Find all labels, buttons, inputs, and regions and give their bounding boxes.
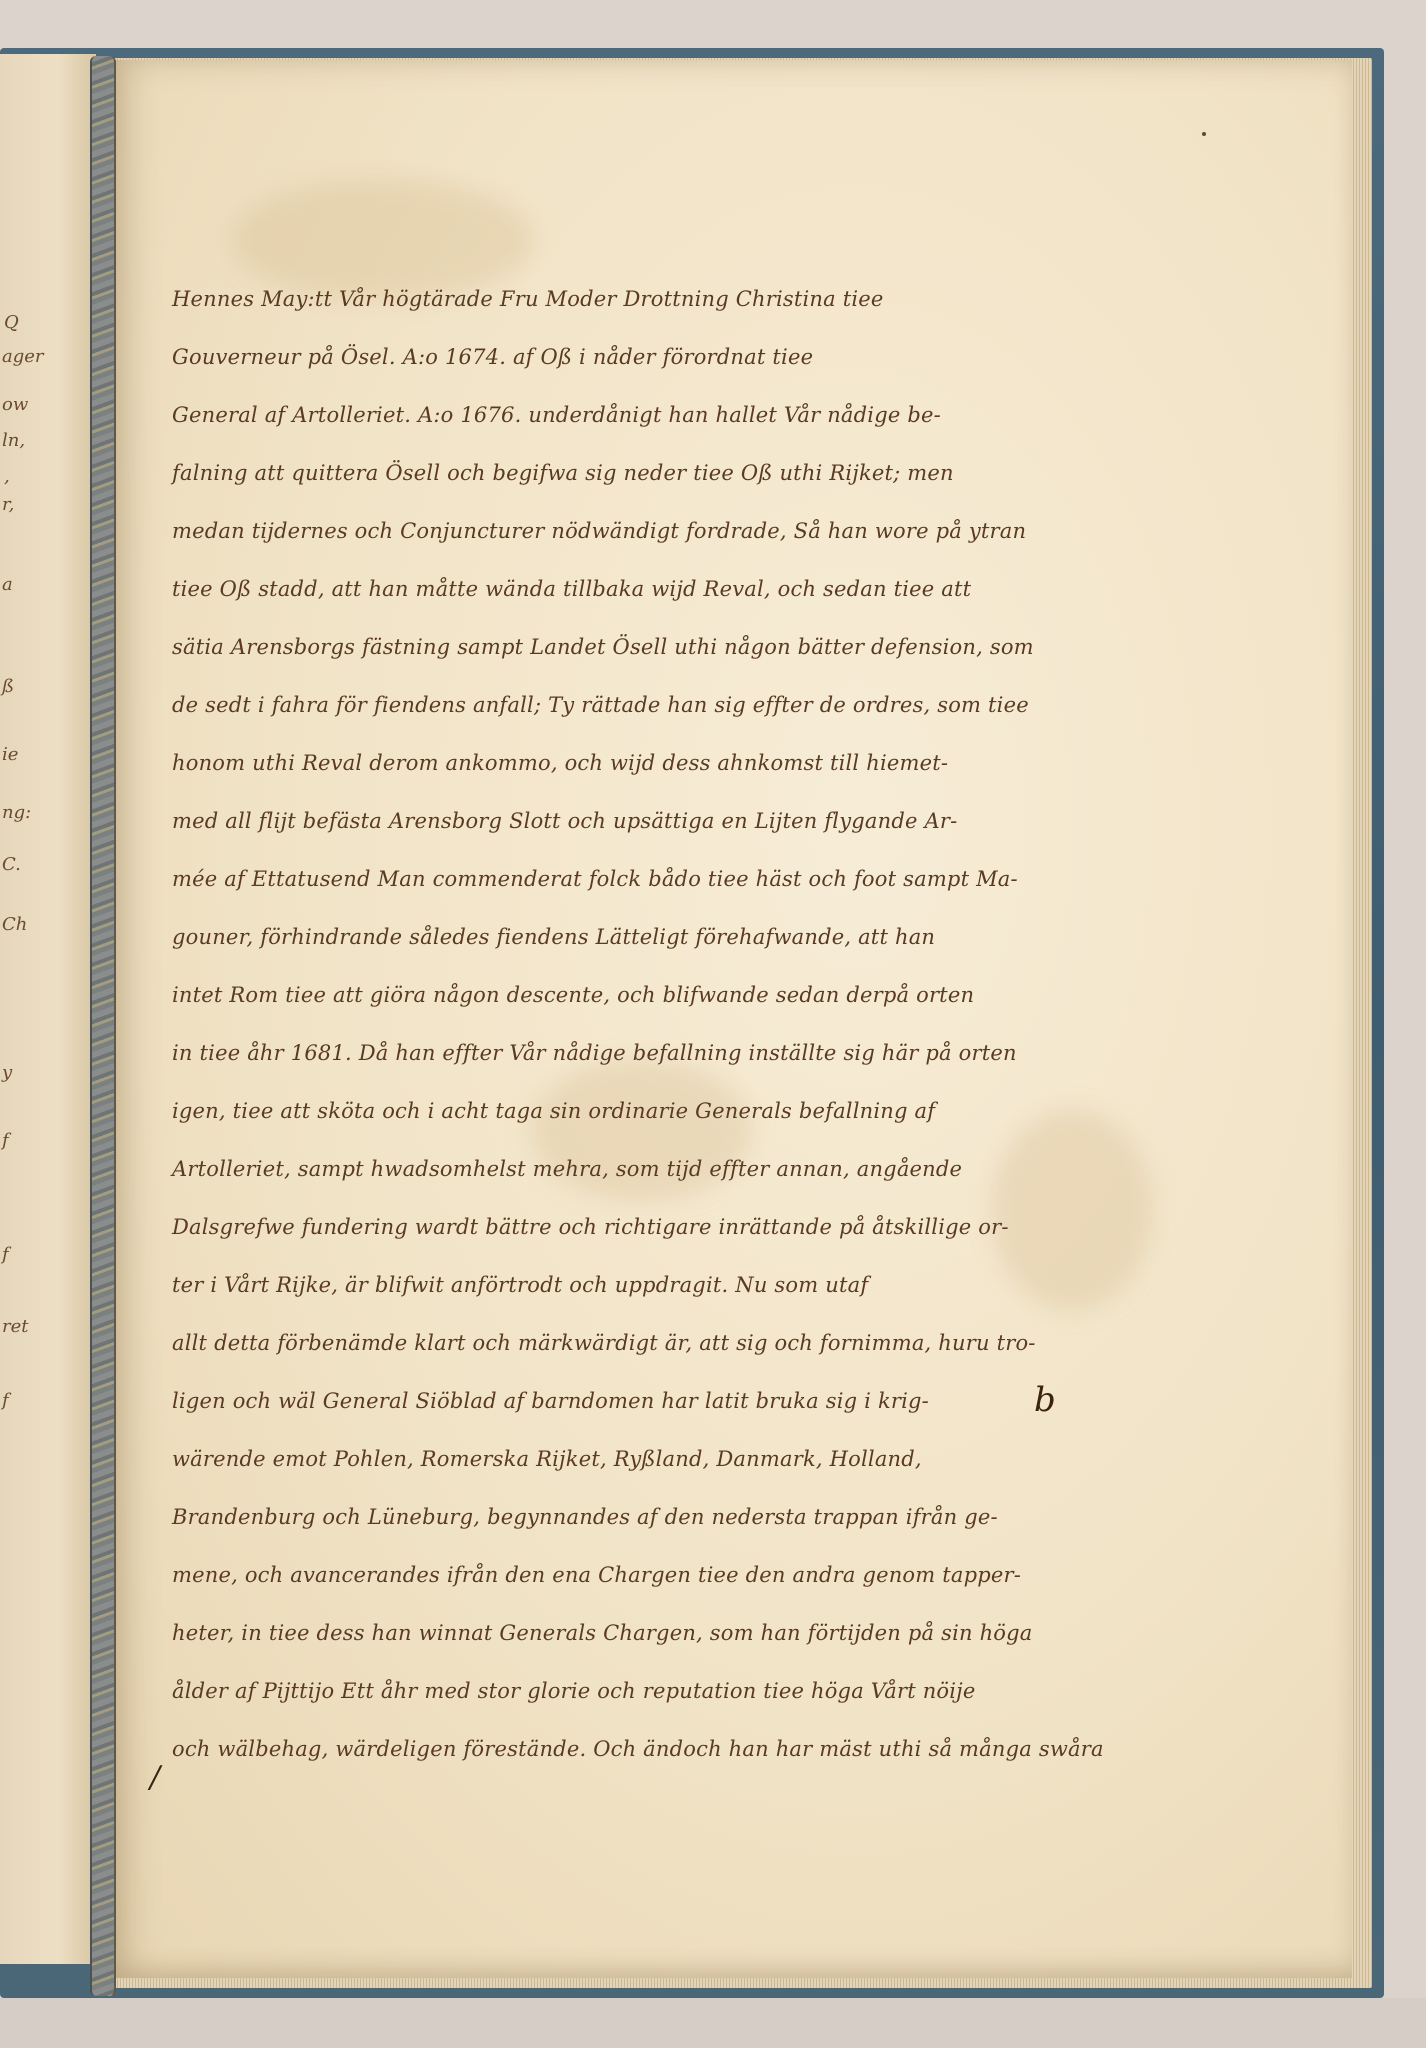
- text-line: mene, och avancerandes ifrån den ena Cha…: [172, 1546, 1232, 1604]
- facing-page-left: Q ager ow ln, , r, a ß ie ng: C. Ch y f …: [0, 54, 96, 1964]
- left-page-fragment: f: [2, 1130, 9, 1151]
- text-line: ligen och wäl General Siöblad af barndom…: [172, 1372, 1232, 1430]
- text-line: tiee Oß stadd, att han måtte wända tillb…: [172, 560, 1232, 618]
- text-line: ter i Vårt Rijke, är blifwit anförtrodt …: [172, 1256, 1232, 1314]
- left-page-fragment: ow: [2, 394, 28, 415]
- left-page-fragment: f: [2, 1390, 9, 1411]
- text-line: med all flijt befästa Arensborg Slott oc…: [172, 792, 1232, 850]
- background-strip: [0, 1998, 1426, 2048]
- text-line: allt detta förbenämde klart och märkwärd…: [172, 1314, 1232, 1372]
- left-page-fragment: r,: [2, 494, 14, 515]
- text-line: sätia Arensborgs fästning sampt Landet Ö…: [172, 618, 1232, 676]
- left-page-fragment: ln,: [2, 430, 25, 451]
- text-line: igen, tiee att sköta och i acht taga sin…: [172, 1082, 1232, 1140]
- text-line: heter, in tiee dess han winnat Generals …: [172, 1604, 1232, 1662]
- text-line: General af Artolleriet. A:o 1676. underd…: [172, 386, 1232, 444]
- text-line: honom uthi Reval derom ankommo, och wijd…: [172, 734, 1232, 792]
- left-page-fragment: ie: [2, 744, 18, 765]
- braided-spine-cord: [90, 56, 116, 1996]
- text-line: ålder af Pijttijo Ett åhr med stor glori…: [172, 1662, 1232, 1720]
- text-line: medan tijdernes och Conjuncturer nödwänd…: [172, 502, 1232, 560]
- text-line: wärende emot Pohlen, Romerska Rijket, Ry…: [172, 1430, 1232, 1488]
- left-page-fragment: ager: [2, 346, 44, 367]
- text-line: gouner, förhindrande således fiendens Lä…: [172, 908, 1232, 966]
- left-page-fragment: ,: [4, 466, 10, 487]
- text-line: Gouverneur på Ösel. A:o 1674. af Oß i nå…: [172, 328, 1232, 386]
- text-line: intet Rom tiee att giöra någon descente,…: [172, 966, 1232, 1024]
- manuscript-text: Hennes May:tt Vår högtärade Fru Moder Dr…: [172, 270, 1232, 1778]
- text-line: de sedt i fahra för fiendens anfall; Ty …: [172, 676, 1232, 734]
- text-line: falning att quittera Ösell och begifwa s…: [172, 444, 1232, 502]
- left-page-fragment: ß: [2, 676, 14, 697]
- text-line: in tiee åhr 1681. Då han effter Vår nådi…: [172, 1024, 1232, 1082]
- text-line: Artolleriet, sampt hwadsomhelst mehra, s…: [172, 1140, 1232, 1198]
- left-page-fragment: ret: [2, 1316, 29, 1337]
- left-page-fragment: ng:: [2, 802, 31, 823]
- text-line: Hennes May:tt Vår högtärade Fru Moder Dr…: [172, 270, 1232, 328]
- ink-dot: [1202, 132, 1206, 136]
- manuscript-page: Hennes May:tt Vår högtärade Fru Moder Dr…: [112, 60, 1352, 1978]
- text-line: mée af Ettatusend Man commenderat folck …: [172, 850, 1232, 908]
- bottom-left-mark: /: [150, 1760, 160, 1795]
- left-page-fragment: y: [2, 1062, 12, 1083]
- left-page-fragment: f: [2, 1244, 9, 1265]
- left-page-fragment: C.: [2, 854, 21, 875]
- text-line: Dalsgrefwe fundering wardt bättre och ri…: [172, 1198, 1232, 1256]
- text-line: Brandenburg och Lüneburg, begynnandes af…: [172, 1488, 1232, 1546]
- left-page-fragment: a: [2, 574, 13, 595]
- left-page-fragment: Q: [4, 312, 19, 333]
- catchword-mark: b: [1034, 1380, 1056, 1420]
- text-line: och wälbehag, wärdeligen förestände. Och…: [172, 1720, 1232, 1778]
- left-page-fragment: Ch: [2, 914, 27, 935]
